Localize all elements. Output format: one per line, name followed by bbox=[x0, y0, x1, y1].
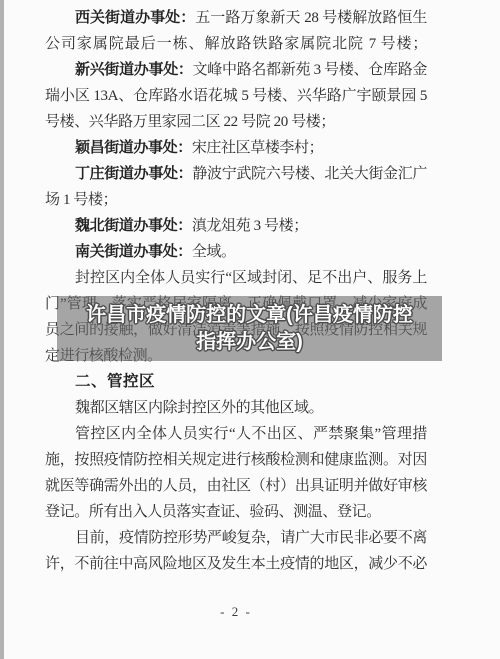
doc-line: 号楼、兴华路万里家园二区 22 号院 20 号楼； bbox=[45, 109, 427, 135]
article-title-overlay: 许昌市疫情防控的文章(许昌疫情防控 指挥办公室) bbox=[57, 296, 442, 361]
article-title-line2: 指挥办公室) bbox=[196, 329, 303, 356]
doc-line: 目前，疫情防控形势严峻复杂，请广大市民非必要不离 bbox=[45, 525, 427, 551]
doc-line: 施，按照疫情防控相关规定进行核酸检测和健康监测。对因 bbox=[45, 447, 427, 473]
doc-line: 南关街道办事处：全域。 bbox=[45, 239, 427, 265]
doc-line-text: 目前，疫情防控形势严峻复杂，请广大市民非必要不离 bbox=[75, 530, 427, 546]
doc-line-text: 号楼、兴华路万里家园二区 22 号院 20 号楼； bbox=[45, 114, 335, 130]
doc-line-text: 五一路万象新天 28 号楼解放路恒生 bbox=[195, 10, 427, 26]
street-office-name: 南关街道办事处： bbox=[75, 244, 192, 260]
street-office-name: 魏北街道办事处： bbox=[75, 218, 192, 234]
doc-line: 场 1 号楼； bbox=[45, 187, 427, 213]
doc-line: 魏都区辖区内除封控区外的其他区域。 bbox=[45, 395, 427, 421]
doc-line-text: 场 1 号楼； bbox=[45, 192, 117, 208]
doc-line-text: 魏都区辖区内除封控区外的其他区域。 bbox=[75, 400, 323, 416]
street-office-name: 颖昌街道办事处： bbox=[75, 140, 192, 156]
doc-line: 许，不前往中高风险地区及发生本土疫情的地区，减少不必 bbox=[45, 551, 427, 577]
section-heading: 二、管控区 bbox=[45, 369, 427, 395]
doc-line-text: 许，不前往中高风险地区及发生本土疫情的地区，减少不必 bbox=[45, 556, 427, 572]
doc-line: 管控区内全体人员实行“人不出区、严禁聚集”管理措 bbox=[45, 421, 427, 447]
street-office-name: 丁庄街道办事处： bbox=[75, 166, 192, 182]
doc-line-text: 全域。 bbox=[192, 244, 236, 260]
doc-line-text: 滇龙俎苑 3 号楼； bbox=[192, 218, 308, 234]
doc-line-text: 文峰中路名都新苑 3 号楼、仓库路金 bbox=[193, 62, 427, 78]
doc-line: 新兴街道办事处：文峰中路名都新苑 3 号楼、仓库路金 bbox=[45, 57, 427, 83]
doc-line: 颖昌街道办事处：宋庄社区草楼李村； bbox=[45, 135, 427, 161]
doc-line-text: 施，按照疫情防控相关规定进行核酸检测和健康监测。对因 bbox=[45, 452, 427, 468]
street-office-name: 新兴街道办事处： bbox=[75, 62, 193, 78]
document-body: 西关街道办事处：五一路万象新天 28 号楼解放路恒生 公司家属院最后一栋、解放路… bbox=[45, 5, 427, 577]
doc-line: 就医等确需外出的人员，由社区（村）出具证明并做好审核 bbox=[45, 473, 427, 499]
doc-line-text: 就医等确需外出的人员，由社区（村）出具证明并做好审核 bbox=[45, 478, 427, 494]
section-heading-text: 二、管控区 bbox=[75, 373, 155, 390]
doc-line-text: 宋庄社区草楼李村； bbox=[192, 140, 323, 156]
scan-edge-strip bbox=[0, 0, 4, 659]
doc-line: 魏北街道办事处：滇龙俎苑 3 号楼； bbox=[45, 213, 427, 239]
doc-line: 丁庄街道办事处：静波宁武院六号楼、北关大街金汇广 bbox=[45, 161, 427, 187]
page-number: - 2 - bbox=[45, 604, 427, 626]
doc-line-text: 公司家属院最后一栋、解放路铁路家属院北院 7 号楼； bbox=[45, 36, 427, 52]
doc-line-text: 封控区内全体人员实行“区域封闭、足不出户、服务上 bbox=[75, 270, 427, 286]
article-title-line1: 许昌市疫情防控的文章(许昌疫情防控 bbox=[86, 302, 413, 329]
doc-line-text: 静波宁武院六号楼、北关大街金汇广 bbox=[192, 166, 427, 182]
doc-line-text: 瑞小区 13A、仓库路水语花城 5 号楼、兴华路广宇颐景园 5 bbox=[45, 88, 427, 104]
doc-line: 西关街道办事处：五一路万象新天 28 号楼解放路恒生 bbox=[45, 5, 427, 31]
doc-line: 瑞小区 13A、仓库路水语花城 5 号楼、兴华路广宇颐景园 5 bbox=[45, 83, 427, 109]
doc-line-text: 登记。所有出入人员落实查证、验码、测温、登记。 bbox=[45, 504, 381, 520]
street-office-name: 西关街道办事处： bbox=[75, 10, 195, 26]
doc-line: 登记。所有出入人员落实查证、验码、测温、登记。 bbox=[45, 499, 427, 525]
doc-line: 公司家属院最后一栋、解放路铁路家属院北院 7 号楼； bbox=[45, 31, 427, 57]
doc-line: 封控区内全体人员实行“区域封闭、足不出户、服务上 bbox=[45, 265, 427, 291]
doc-line-text: 管控区内全体人员实行“人不出区、严禁聚集”管理措 bbox=[75, 426, 427, 442]
